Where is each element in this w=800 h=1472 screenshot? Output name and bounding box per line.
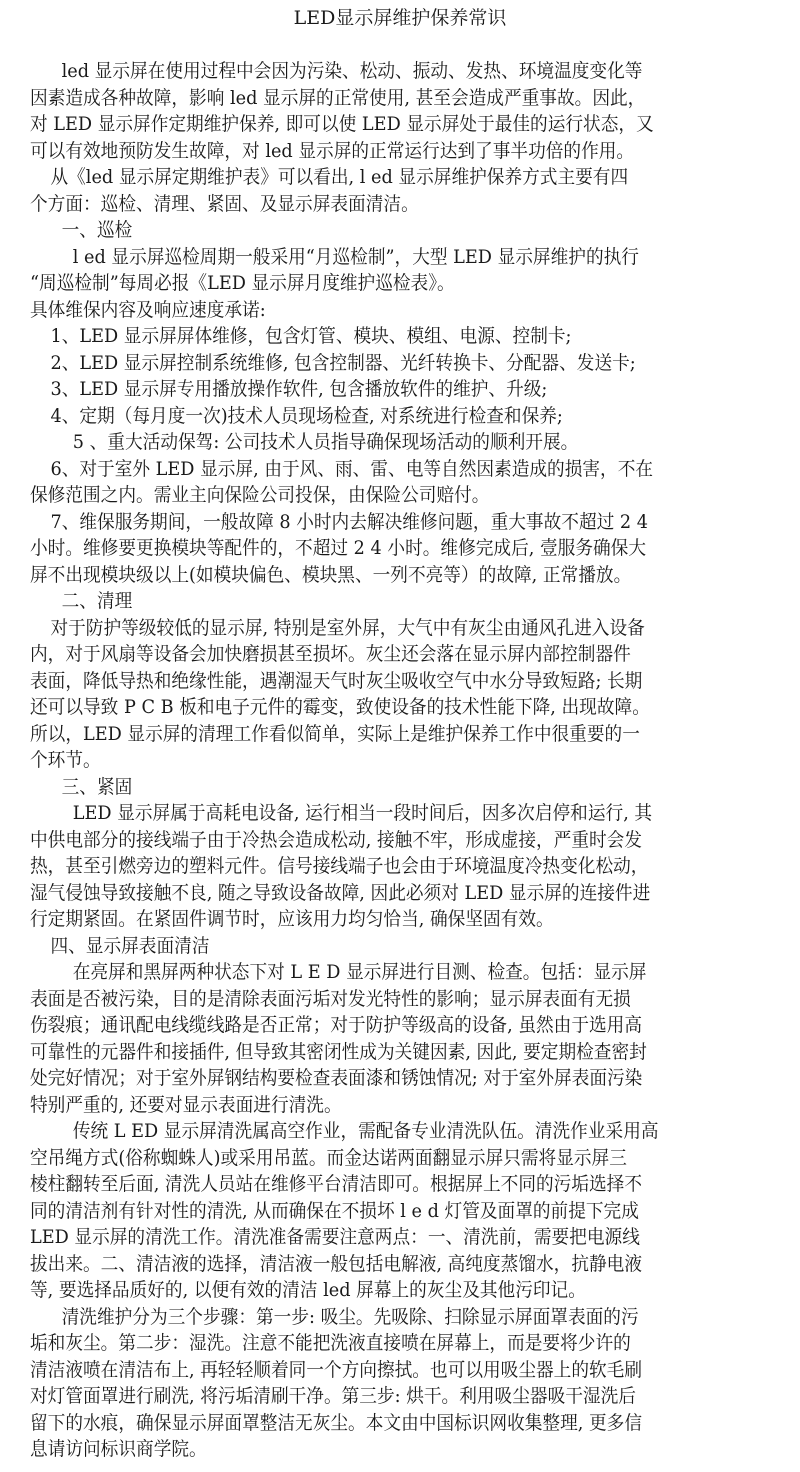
- document-body: led 显示屏在使用过程中会因为污染、松动、振动、发热、环境温度变化等 因素造成…: [30, 58, 770, 1463]
- text-line: 个环节。: [30, 747, 718, 774]
- document-title: LED显示屏维护保养常识: [0, 4, 800, 32]
- text-line: 具体维保内容及响应速度承诺:: [30, 297, 718, 324]
- text-line: 传统 L ED 显示屏清洗属高空作业，需配备专业清洗队伍。清洗作业采用高: [30, 1118, 718, 1145]
- text-line: 表面，降低导热和绝缘性能，遇潮湿天气时灰尘吸收空气中水分导致短路; 长期: [30, 668, 718, 695]
- text-line: 特别严重的, 还要对显示表面进行清洗。: [30, 1092, 718, 1119]
- intro-paragraph: led 显示屏在使用过程中会因为污染、松动、振动、发热、环境温度变化等 因素造成…: [30, 58, 770, 217]
- text-line: 行定期紧固。在紧固件调节时，应该用力均匀恰当, 确保坚固有效。: [30, 906, 718, 933]
- section-heading: 三、紧固: [30, 774, 718, 801]
- text-line: l ed 显示屏巡检周期一般采用“月巡检制”，大型 LED 显示屏维护的执行: [30, 244, 718, 271]
- text-line: 所以，LED 显示屏的清理工作看似简单，实际上是维护保养工作中很重要的一: [30, 721, 718, 748]
- list-item: 2、LED 显示屏控制系统维修, 包含控制器、光纤转换卡、分配器、发送卡;: [30, 350, 718, 377]
- text-line: 从《led 显示屏定期维护表》可以看出, l ed 显示屏维护保养方式主要有四: [30, 164, 718, 191]
- section-fastening: 三、紧固 LED 显示屏属于高耗电设备, 运行相当一段时间后，因多次启停和运行,…: [30, 774, 770, 933]
- text-line: 中供电部分的接线端子由于冷热会造成松动, 接触不牢，形成虚接，严重时会发: [30, 827, 718, 854]
- text-line: 息请访问标识商学院。: [30, 1436, 718, 1463]
- text-line: 还可以导致 P C B 板和电子元件的霉变，致使设备的技术性能下降, 出现故障。: [30, 694, 718, 721]
- text-line: led 显示屏在使用过程中会因为污染、松动、振动、发热、环境温度变化等: [30, 58, 718, 85]
- section-cleaning: 二、清理 对于防护等级较低的显示屏, 特别是室外屏，大气中有灰尘由通风孔进入设备…: [30, 588, 770, 774]
- text-line: 内，对于风扇等设备会加快磨损甚至损坏。灰尘还会落在显示屏内部控制器件: [30, 641, 718, 668]
- list-item: 3、LED 显示屏专用播放操作软件, 包含播放软件的维护、升级;: [30, 376, 718, 403]
- text-line: 拔出来。二、清洁液的选择，清洁液一般包括电解液, 高纯度蒸馏水，抗静电液: [30, 1251, 718, 1278]
- section-inspection: 一、巡检 l ed 显示屏巡检周期一般采用“月巡检制”，大型 LED 显示屏维护…: [30, 217, 770, 588]
- text-line: 保修范围之内。需业主向保险公司投保，由保险公司赔付。: [30, 482, 718, 509]
- text-line: 湿气侵蚀导致接触不良, 随之导致设备故障, 因此必须对 LED 显示屏的连接件进: [30, 880, 718, 907]
- text-line: 可靠性的元器件和接插件, 但导致其密闭性成为关键因素, 因此, 要定期检查密封: [30, 1039, 718, 1066]
- text-line: 清洁液喷在清洁布上, 再轻轻顺着同一个方向擦拭。也可以用吸尘器上的软毛刷: [30, 1357, 718, 1384]
- text-line: 处完好情况；对于室外屏钢结构要检查表面漆和锈蚀情况; 对于室外屏表面污染: [30, 1065, 718, 1092]
- text-line: 屏不出现模块级以上(如模块偏色、模块黑、一列不亮等）的故障, 正常播放。: [30, 562, 718, 589]
- text-line: 表面是否被污染，目的是清除表面污垢对发光特性的影响；显示屏表面有无损: [30, 986, 718, 1013]
- text-line: 可以有效地预防发生故障，对 led 显示屏的正常运行达到了事半功倍的作用。: [30, 138, 718, 165]
- text-line: 小时。维修要更换模块等配件的，不超过 2 4 小时。维修完成后, 壹服务确保大: [30, 535, 718, 562]
- list-item: 1、LED 显示屏屏体维修，包含灯管、模块、模组、电源、控制卡;: [30, 323, 718, 350]
- text-line: 热，甚至引燃旁边的塑料元件。信号接线端子也会由于环境温度冷热变化松动，: [30, 853, 718, 880]
- section-surface-cleaning: 四、显示屏表面清洁 在亮屏和黑屏两种状态下对 L E D 显示屏进行目测、检查。…: [30, 933, 770, 1463]
- list-item: 7、维保服务期间，一般故障 8 小时内去解决维修问题，重大事故不超过 2 4: [30, 509, 718, 536]
- section-heading: 四、显示屏表面清洁: [30, 933, 718, 960]
- text-line: LED 显示屏的清洗工作。清洗准备需要注意两点：一、清洗前，需要把电源线: [30, 1224, 718, 1251]
- text-line: “周巡检制”每周必报《LED 显示屏月度维护巡检表》。: [30, 270, 718, 297]
- text-line: 伤裂痕；通讯配电线缆线路是否正常；对于防护等级高的设备, 虽然由于选用高: [30, 1012, 718, 1039]
- text-line: 等, 要选择品质好的, 以便有效的清洁 led 屏幕上的灰尘及其他污印记。: [30, 1277, 718, 1304]
- text-line: 垢和灰尘。第二步：湿洗。注意不能把洗液直接喷在屏幕上，而是要将少许的: [30, 1330, 718, 1357]
- section-heading: 二、清理: [30, 588, 718, 615]
- text-line: 对灯管面罩进行刷洗, 将污垢清刷干净。第三步: 烘干。利用吸尘器吸干湿洗后: [30, 1383, 718, 1410]
- text-line: 个方面：巡检、清理、紧固、及显示屏表面清洁。: [30, 191, 718, 218]
- section-heading: 一、巡检: [30, 217, 718, 244]
- text-line: 对于防护等级较低的显示屏, 特别是室外屏，大气中有灰尘由通风孔进入设备: [30, 615, 718, 642]
- text-line: 在亮屏和黑屏两种状态下对 L E D 显示屏进行目测、检查。包括：显示屏: [30, 959, 718, 986]
- text-line: 因素造成各种故障，影响 led 显示屏的正常使用, 甚至会造成严重事故。因此，: [30, 85, 718, 112]
- text-line: 留下的水痕，确保显示屏面罩整洁无灰尘。本文由中国标识网收集整理, 更多信: [30, 1410, 718, 1437]
- text-line: 对 LED 显示屏作定期维护保养, 即可以使 LED 显示屏处于最佳的运行状态，…: [30, 111, 718, 138]
- text-line: 同的清洁剂有针对性的清洗, 从而确保在不损坏 l e d 灯管及面罩的前提下完成: [30, 1198, 718, 1225]
- text-line: 清洗维护分为三个步骤：第一步: 吸尘。先吸除、扫除显示屏面罩表面的污: [30, 1304, 718, 1331]
- list-item: 4、定期（每月度一次)技术人员现场检查, 对系统进行检查和保养;: [30, 403, 718, 430]
- text-line: 空吊绳方式(俗称蜘蛛人)或采用吊蓝。而金达诺两面翻显示屏只需将显示屏三: [30, 1145, 718, 1172]
- text-line: 棱柱翻转至后面, 清洗人员站在维修平台清洁即可。根据屏上不同的污垢选择不: [30, 1171, 718, 1198]
- list-item: 6、对于室外 LED 显示屏, 由于风、雨、雷、电等自然因素造成的损害，不在: [30, 456, 718, 483]
- list-item: 5 、重大活动保驾: 公司技术人员指导确保现场活动的顺利开展。: [30, 429, 718, 456]
- text-line: LED 显示屏属于高耗电设备, 运行相当一段时间后，因多次启停和运行, 其: [30, 800, 718, 827]
